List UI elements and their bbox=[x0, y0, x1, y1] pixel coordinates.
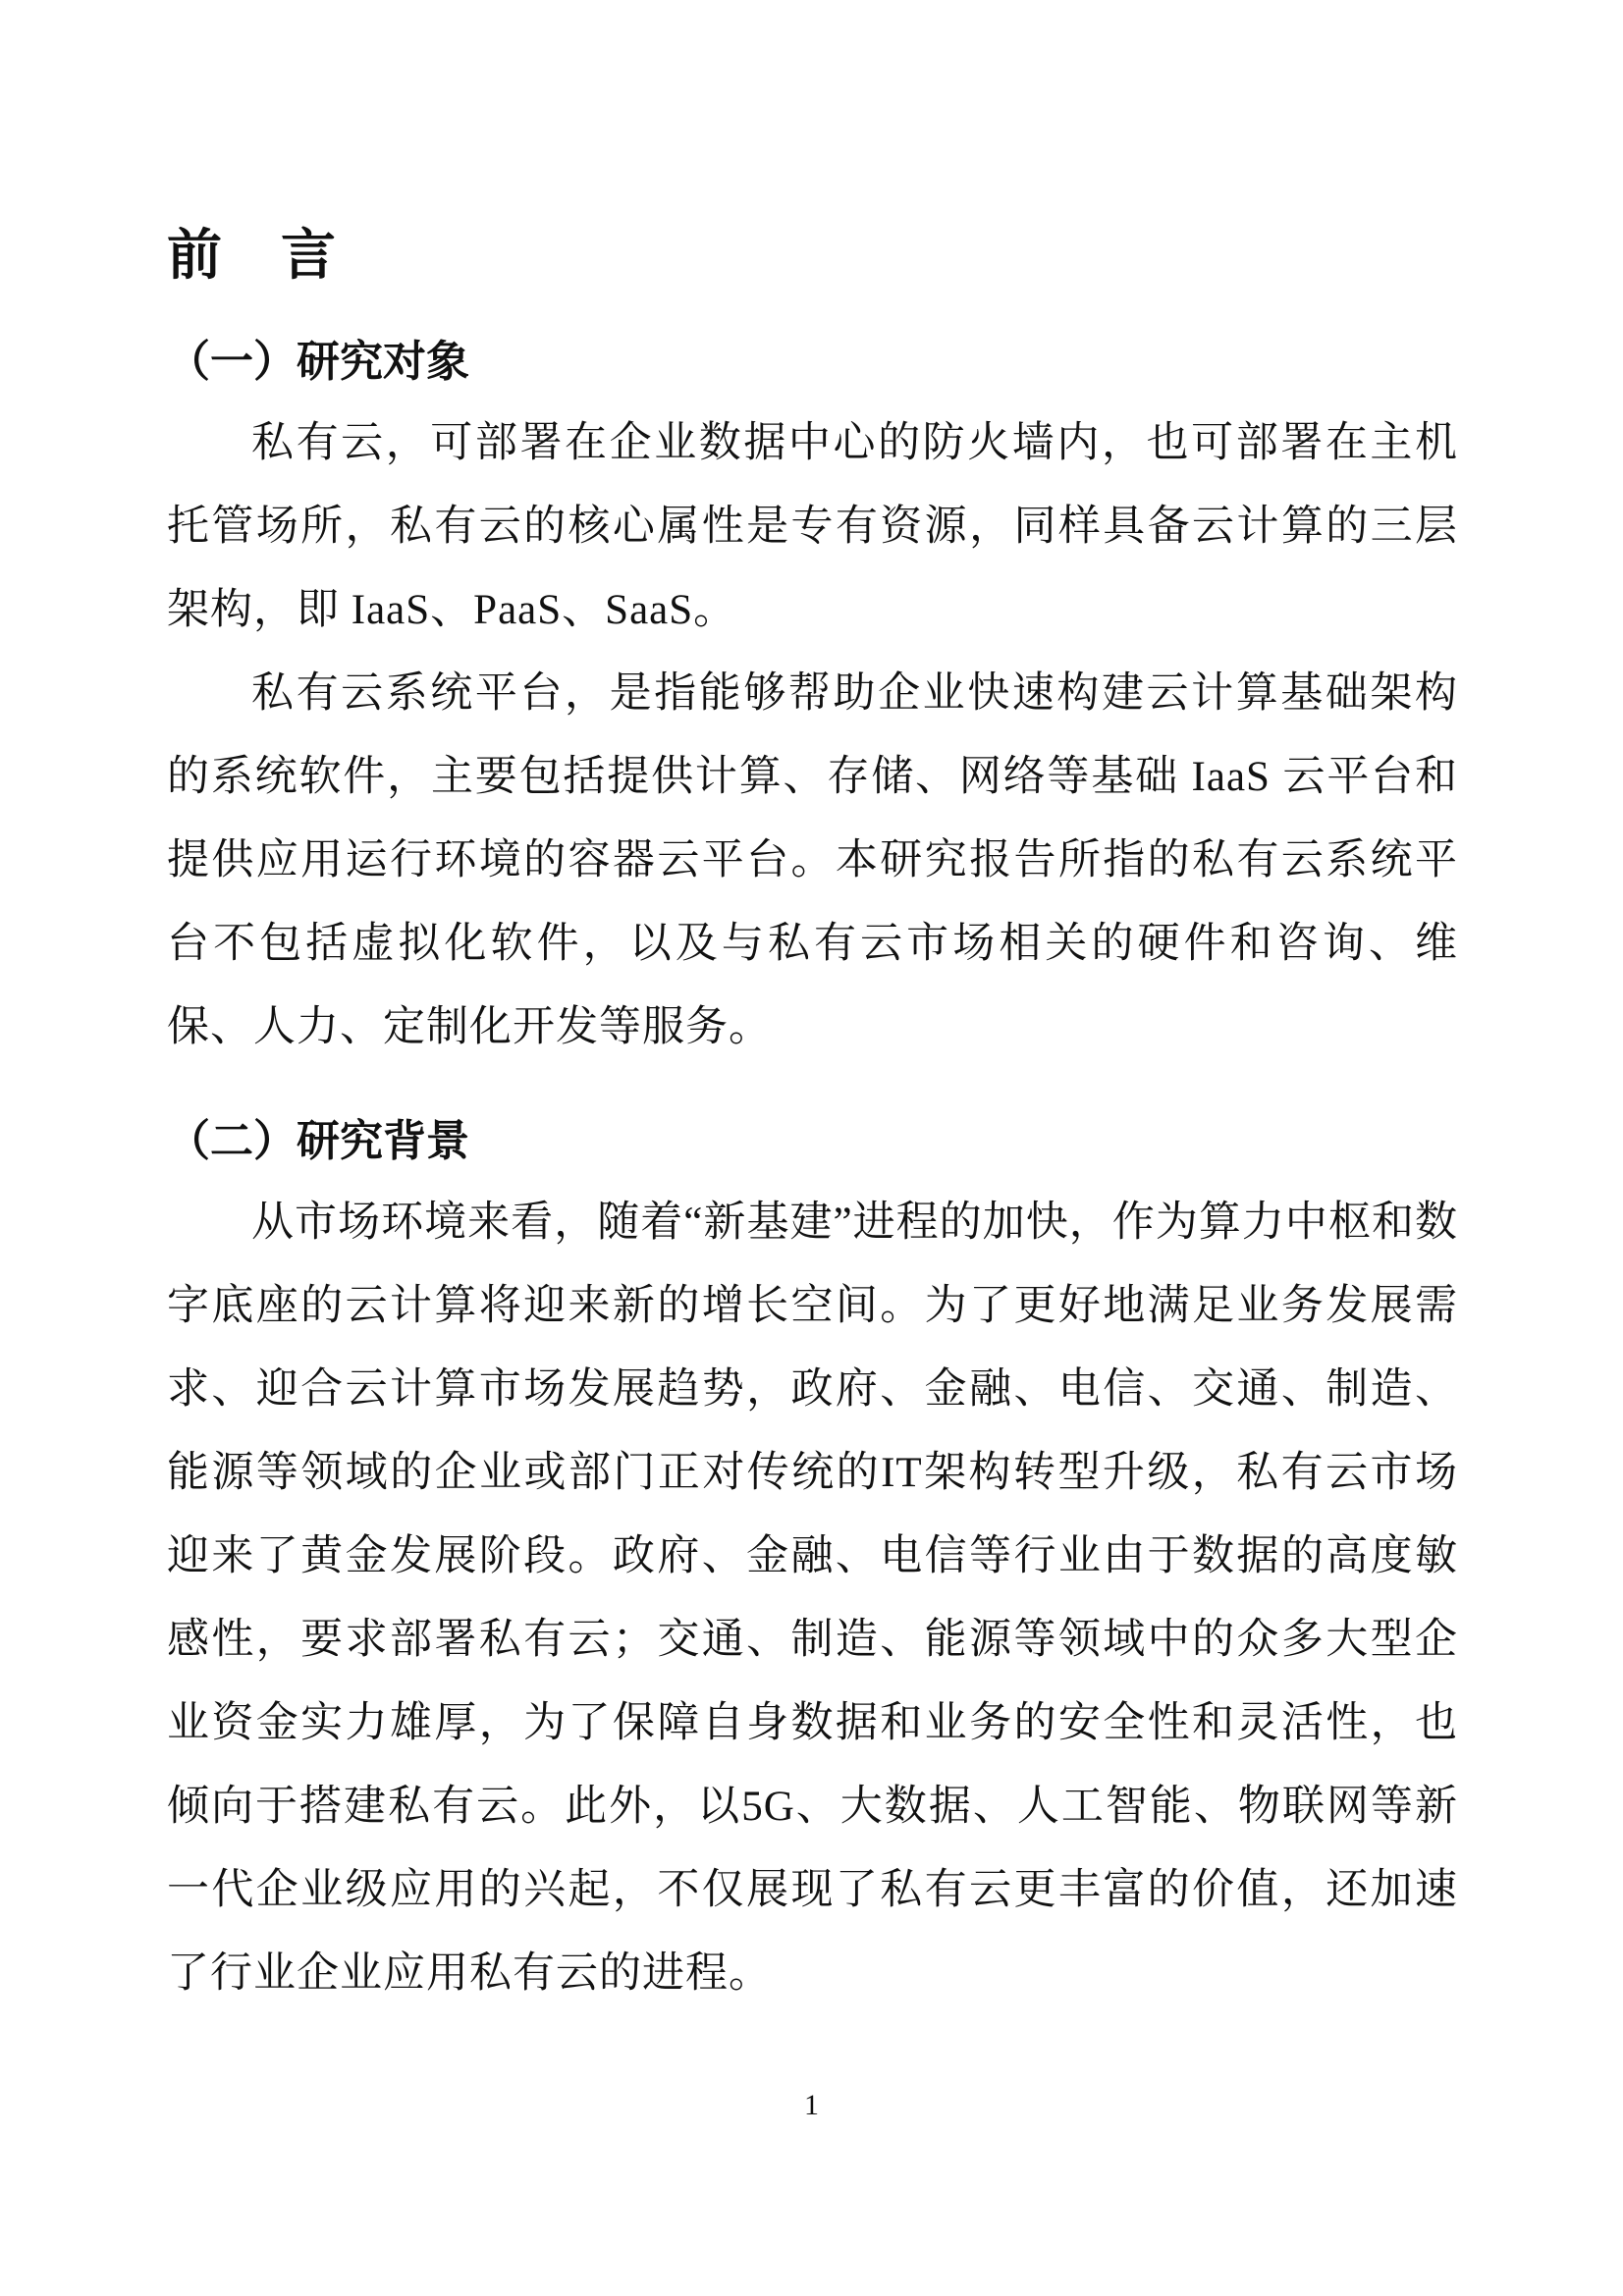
section-2-paragraph-1: 从市场环境来看，随着“新基建”进程的加快，作为算力中枢和数字底座的云计算将迎来新… bbox=[167, 1181, 1458, 2015]
document-page: 前 言 （一）研究对象 私有云，可部署在企业数据中心的防火墙内，也可部署在主机托… bbox=[0, 0, 1623, 2296]
document-content: 前 言 （一）研究对象 私有云，可部署在企业数据中心的防火墙内，也可部署在主机托… bbox=[167, 224, 1458, 2015]
section-1-paragraph-2: 私有云系统平台，是指能够帮助企业快速构建云计算基础架构的系统软件，主要包括提供计… bbox=[167, 652, 1458, 1069]
page-number: 1 bbox=[0, 2089, 1623, 2122]
page-title: 前 言 bbox=[167, 224, 1458, 290]
section-2-heading: （二）研究背景 bbox=[167, 1110, 1458, 1173]
section-1-paragraph-1: 私有云，可部署在企业数据中心的防火墙内，也可部署在主机托管场所，私有云的核心属性… bbox=[167, 401, 1458, 652]
section-1-heading: （一）研究对象 bbox=[167, 331, 1458, 394]
